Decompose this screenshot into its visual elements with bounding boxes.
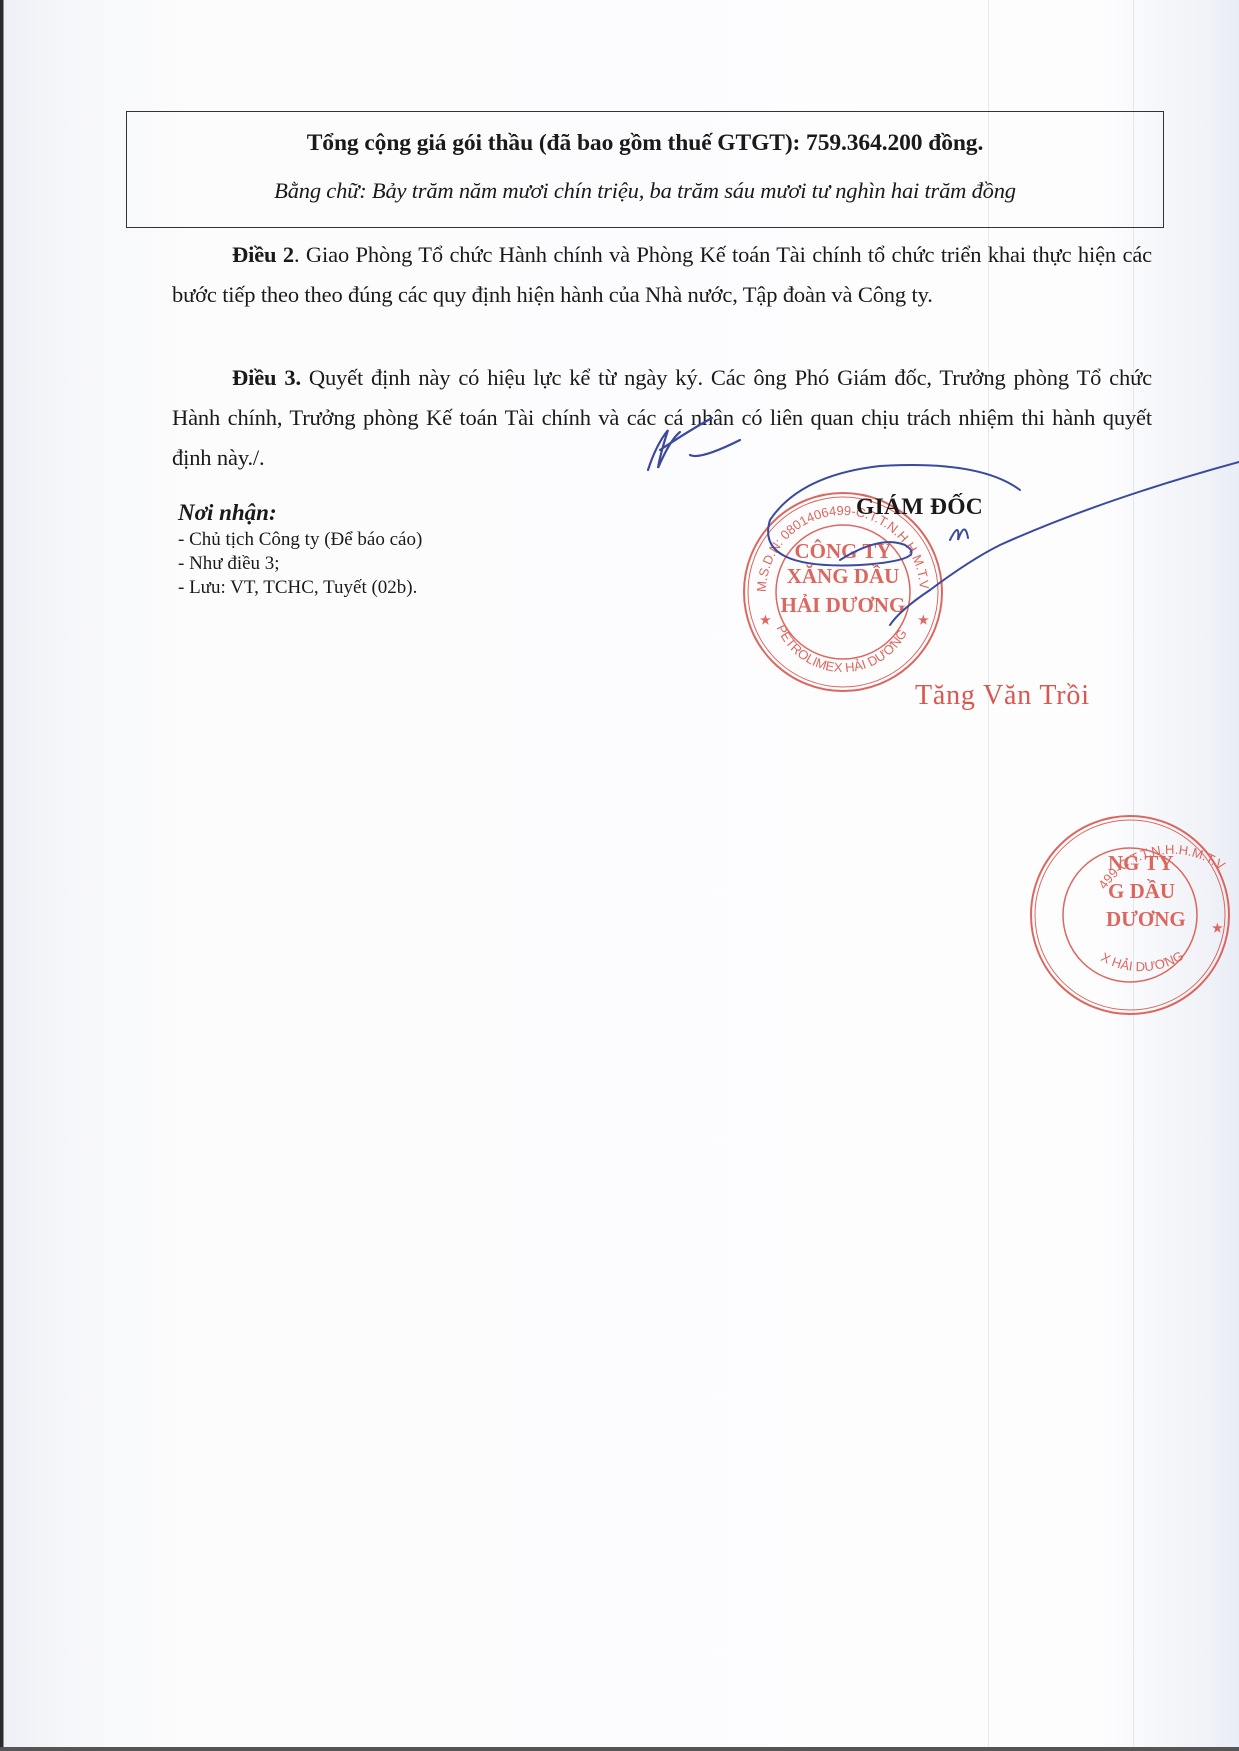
total-price-box: Tổng cộng giá gói thầu (đã bao gồm thuế … bbox=[126, 111, 1164, 228]
total-in-words: Bằng chữ: Bảy trăm năm mươi chín triệu, … bbox=[127, 178, 1163, 204]
signer-title: GIÁM ĐỐC bbox=[856, 494, 983, 521]
partial-stamp: 499-C.T.T.N.H.H.M.T.V X HẢI DƯƠNG NG TY … bbox=[1031, 816, 1229, 1014]
recipient-item: - Lưu: VT, TCHC, Tuyết (02b). bbox=[178, 576, 422, 600]
partial-stamp-line: DƯƠNG bbox=[1106, 907, 1186, 931]
partial-stamp-line: NG TY bbox=[1108, 851, 1174, 875]
stamp-line: CÔNG TY bbox=[794, 539, 891, 563]
stamp-ring-bottom: PETROLIMEX HẢI DƯƠNG bbox=[774, 622, 910, 675]
article-2: Điều 2. Giao Phòng Tổ chức Hành chính và… bbox=[172, 235, 1152, 315]
stamp-line: HẢI DƯƠNG bbox=[781, 593, 906, 617]
svg-text:PETROLIMEX HẢI DƯƠNG: PETROLIMEX HẢI DƯƠNG bbox=[774, 622, 910, 675]
company-stamp: M.S.D.N: 0801406499-C.T.T.N.H.H.M.T.V PE… bbox=[744, 493, 942, 691]
stamp-line: XĂNG DẦU bbox=[787, 564, 900, 588]
svg-text:499-C.T.T.N.H.H.M.T.V: 499-C.T.T.N.H.H.M.T.V bbox=[1095, 842, 1228, 892]
recipient-item: - Như điều 3; bbox=[178, 552, 422, 576]
recipient-item: - Chủ tịch Công ty (Để báo cáo) bbox=[178, 528, 422, 552]
article-2-heading: Điều 2 bbox=[232, 242, 294, 267]
scan-edge bbox=[0, 1747, 1239, 1751]
stamp-star-icon: ★ bbox=[760, 613, 771, 627]
partial-stamp-ring-top: 499-C.T.T.N.H.H.M.T.V bbox=[1095, 842, 1228, 892]
signature-icon bbox=[768, 462, 1239, 590]
partial-stamp-ring-bottom: X HẢI DƯƠNG bbox=[1098, 948, 1185, 974]
stamp-star-icon: ★ bbox=[1212, 921, 1223, 935]
partial-stamp-line: G DẦU bbox=[1108, 879, 1175, 903]
article-2-text: Giao Phòng Tổ chức Hành chính và Phòng K… bbox=[172, 242, 1152, 307]
signer-name: Tăng Văn Trồi bbox=[915, 680, 1090, 712]
article-3-heading: Điều 3. bbox=[232, 365, 301, 390]
recipients-block: Nơi nhận: - Chủ tịch Công ty (Để báo cáo… bbox=[178, 500, 422, 600]
article-3: Điều 3. Quyết định này có hiệu lực kể từ… bbox=[172, 358, 1152, 478]
article-3-text: Quyết định này có hiệu lực kể từ ngày ký… bbox=[172, 365, 1152, 470]
svg-text:X HẢI DƯƠNG: X HẢI DƯƠNG bbox=[1098, 948, 1185, 974]
total-price-line: Tổng cộng giá gói thầu (đã bao gồm thuế … bbox=[127, 130, 1163, 157]
stamp-star-icon: ★ bbox=[918, 613, 929, 627]
recipients-title: Nơi nhận: bbox=[178, 500, 422, 526]
